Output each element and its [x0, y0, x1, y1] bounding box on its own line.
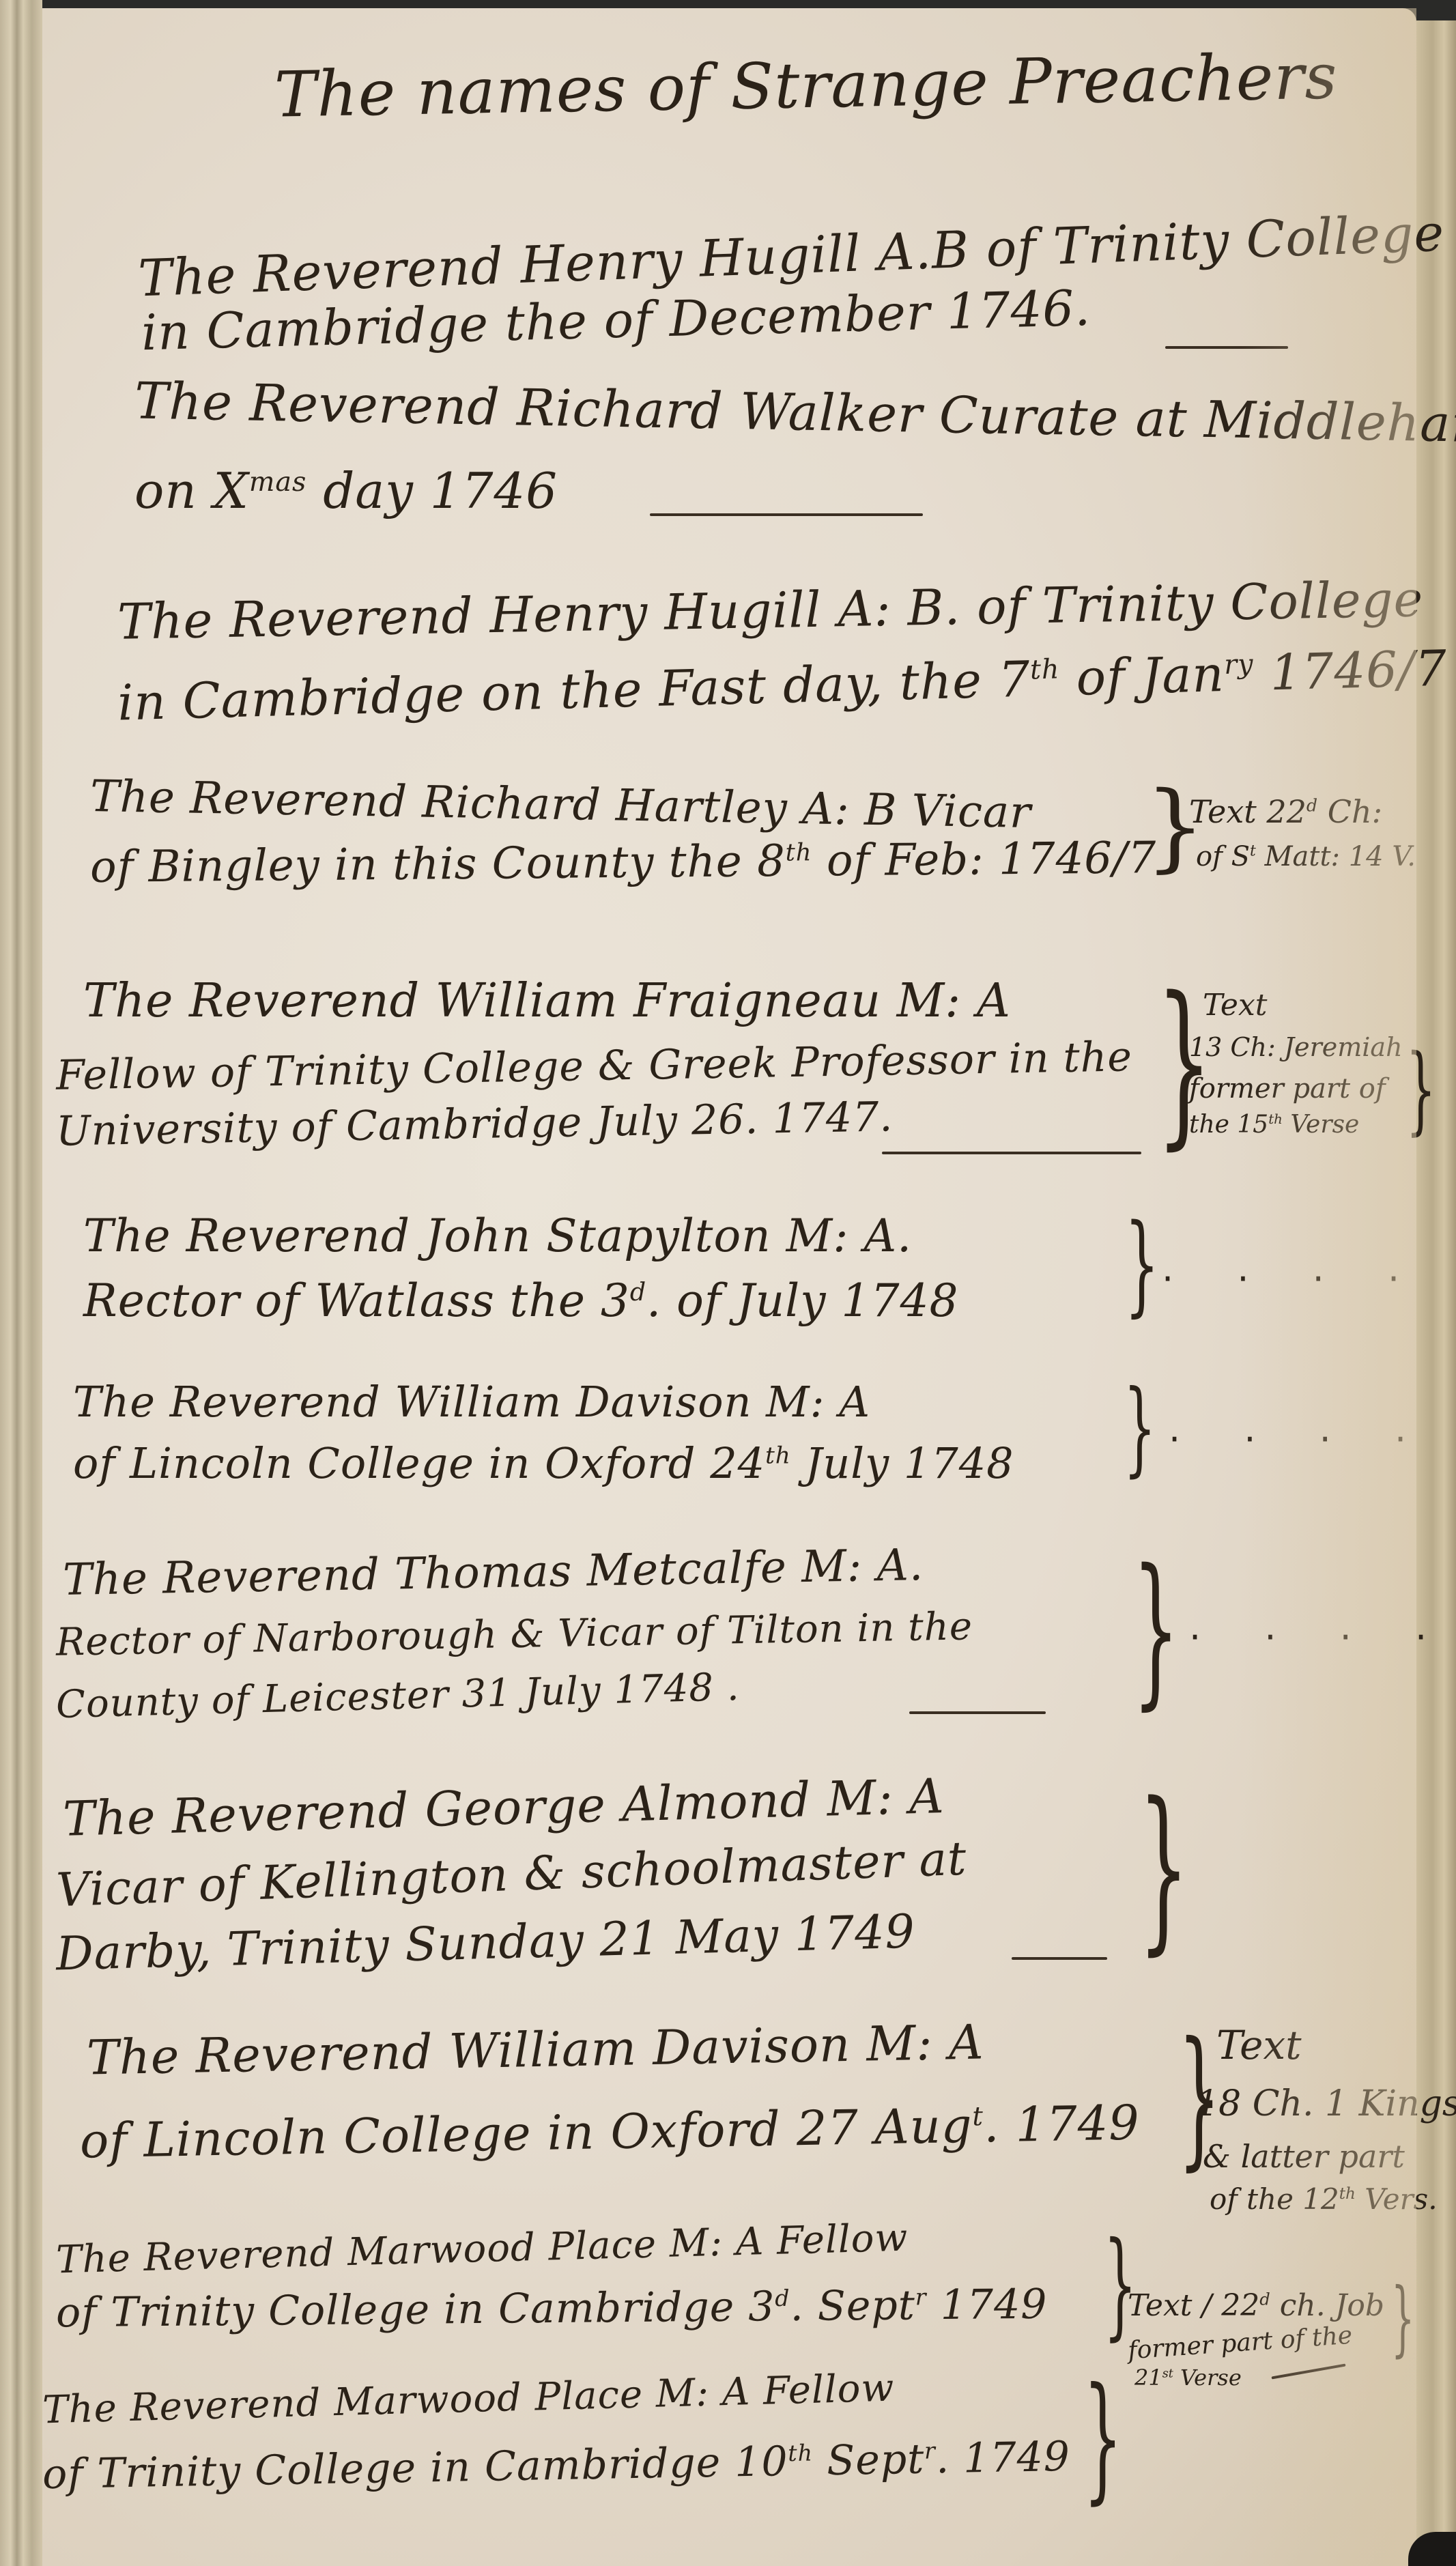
- entry-rule: [909, 1711, 1046, 1714]
- brace-icon: }: [1132, 1548, 1180, 1711]
- entry-line: Rector of Watlass the 3d. of July 1748: [83, 1274, 959, 1327]
- sermon-text-note: Text 22d Ch:: [1189, 793, 1382, 830]
- brace-icon: }: [1391, 2278, 1414, 2360]
- entry-line: County of Leicester 31 July 1748 .: [55, 1665, 740, 1727]
- page-title: The names of Strange Preachers: [274, 40, 1338, 131]
- sermon-text-note: former part of: [1189, 1073, 1386, 1104]
- entry-line: on Xmas day 1746: [134, 462, 558, 519]
- entry-rule: [1012, 1957, 1107, 1960]
- entry-line: The Reverend Thomas Metcalfe M: A.: [62, 1540, 924, 1606]
- entry-rule: [1165, 346, 1288, 349]
- brace-icon: }: [1405, 1042, 1436, 1138]
- sermon-text-note: of the 12th Vers.: [1210, 2182, 1438, 2216]
- sermon-text-note: Text: [1203, 988, 1267, 1023]
- manuscript-page: The names of Strange Preachers The Rever…: [42, 8, 1416, 2566]
- entry-line: of Lincoln College in Oxford 27 Augt. 17…: [79, 2094, 1140, 2169]
- entry-line: The Reverend William Davison M: A: [73, 1377, 870, 1427]
- entry-line: The Reverend George Almond M: A: [62, 1768, 945, 1847]
- entry-line: The Reverend William Fraigneau M: A: [83, 974, 1011, 1028]
- brace-icon: }: [1124, 1377, 1156, 1479]
- blank-text-placeholder: · · · ·: [1162, 1257, 1425, 1300]
- entry-line: Vicar of Kellington & schoolmaster at: [55, 1832, 968, 1918]
- sermon-text-note: 18 Ch. 1 Kings: [1196, 2083, 1456, 2124]
- entry-line: The Reverend Richard Walker Curate at Mi…: [134, 372, 1456, 455]
- entry-line: Rector of Narborough & Vicar of Tilton i…: [56, 1604, 973, 1664]
- entry-line: The Reverend Henry Hugill A: B. of Trini…: [117, 570, 1423, 650]
- entry-line: The Reverend Marwood Place M: A Fellow: [42, 2366, 895, 2433]
- brace-icon: }: [1124, 1210, 1159, 1319]
- sermon-text-note: of St Matt: 14 V.: [1196, 841, 1416, 872]
- entry-line: of Trinity College in Cambridge 3d. Sept…: [56, 2281, 1048, 2337]
- entry-line: The Reverend William Davison M: A: [86, 2014, 984, 2086]
- entry-line: The Reverend John Stapylton M: A.: [83, 1210, 912, 1262]
- entry-line: in Cambridge on the Fast day, the 7th of…: [117, 640, 1448, 732]
- entry-rule: [1271, 2363, 1345, 2379]
- sermon-text-note: Text: [1216, 2022, 1302, 2068]
- brace-icon: }: [1104, 2227, 1137, 2343]
- sermon-text-note: 13 Ch: Jeremiah: [1189, 1032, 1403, 1062]
- entry-line: of Trinity College in Cambridge 10th Sep…: [42, 2433, 1071, 2498]
- brace-icon: }: [1138, 1780, 1188, 1957]
- entry-line: Fellow of Trinity College & Greek Profes…: [56, 1033, 1133, 1100]
- sermon-text-note: 21st Verse: [1134, 2365, 1242, 2391]
- book-binding-left-edge: [0, 0, 42, 2566]
- blank-text-placeholder: · · · · ·: [1169, 1418, 1456, 1461]
- entry-line: of Lincoln College in Oxford 24th July 1…: [73, 1438, 1014, 1488]
- entry-rule: [650, 513, 923, 516]
- entry-line: Darby, Trinity Sunday 21 May 1749: [55, 1905, 916, 1982]
- sermon-text-note: the 15th Verse: [1189, 1111, 1359, 1139]
- sermon-text-note: & latter part: [1203, 2138, 1405, 2175]
- entry-line: of Bingley in this County the 8th of Feb…: [90, 833, 1157, 893]
- brace-icon: }: [1083, 2370, 1122, 2507]
- entry-rule: [882, 1152, 1141, 1154]
- sermon-text-note: Text / 22d ch. Job: [1128, 2288, 1384, 2323]
- entry-line: University of Cambridge July 26. 1747.: [55, 1093, 893, 1155]
- sermon-text-note: former part of the: [1127, 2322, 1353, 2365]
- blank-text-placeholder: · · · ·: [1189, 1616, 1453, 1659]
- entry-line: The Reverend Richard Hartley A: B Vicar: [89, 771, 1031, 838]
- entry-line: The Reverend Marwood Place M: A Fellow: [55, 2216, 909, 2283]
